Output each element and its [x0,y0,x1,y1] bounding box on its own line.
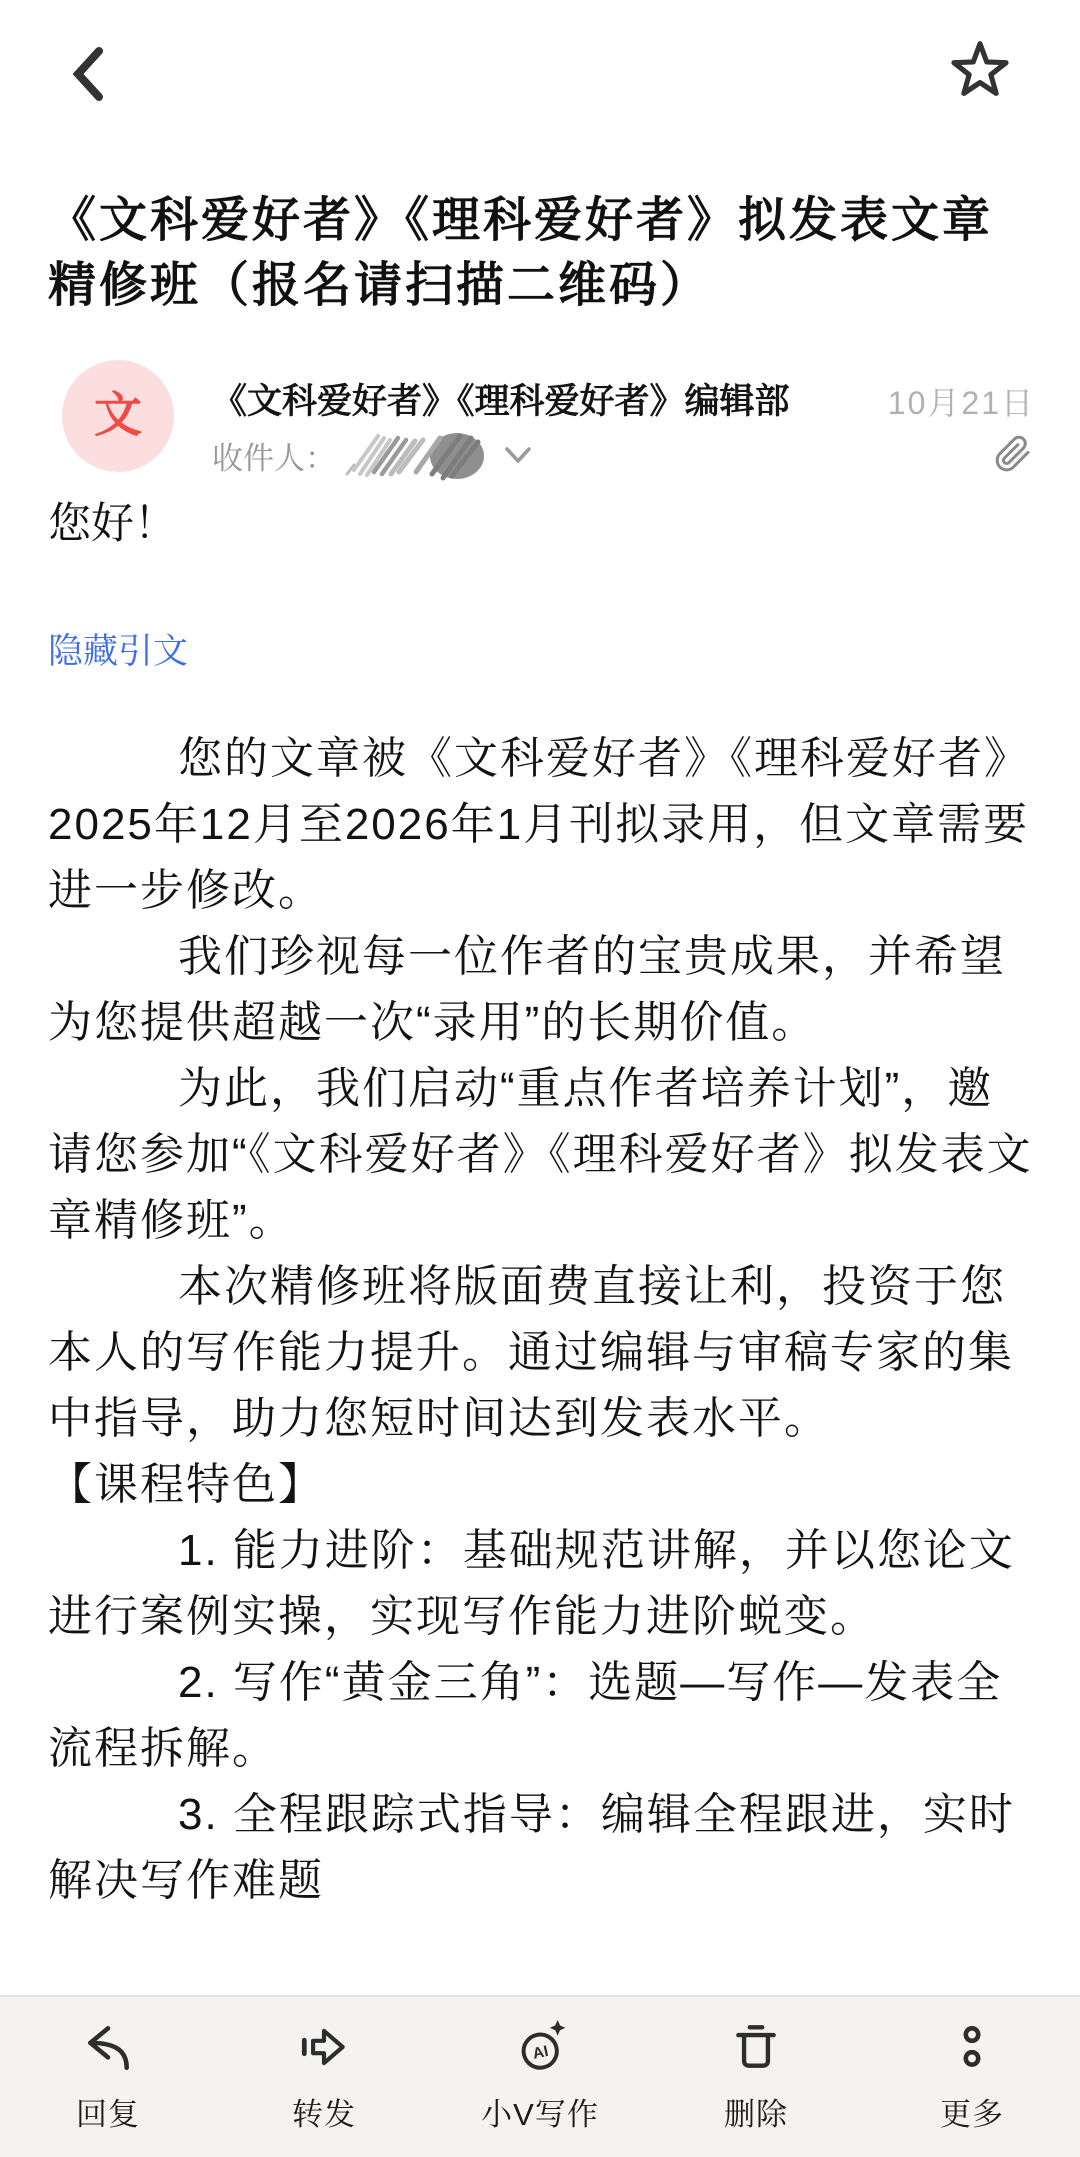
mail-date: 10月21日 [888,378,1035,424]
mail-read-screen: 《文科爱好者》《理科爱好者》拟发表文章精修班（报名请扫描二维码） 文 《文科爱好… [0,0,1080,2157]
body-paragraph: 本次精修班将版面费直接让利，投资于您本人的写作能力提升。通过编辑与审稿专家的集中… [48,1254,1036,1452]
back-button[interactable] [52,36,124,112]
subject-title: 《文科爱好者》《理科爱好者》拟发表文章精修班（报名请扫描二维码） [48,188,1036,318]
reply-button[interactable]: 回复 [0,1997,216,2157]
forward-icon [296,2019,352,2075]
body-paragraph: 【课程特色】 [48,1452,1036,1518]
favorite-button[interactable] [938,28,1022,112]
body-paragraph: 您的文章被《文科爱好者》《理科爱好者》2025年12月至2026年1月刊拟录用，… [48,726,1036,924]
ai-sparkle-icon: AI [512,2019,568,2075]
more-label: 更多 [940,2089,1004,2134]
trash-icon [728,2019,784,2075]
ai-write-label: 小V写作 [481,2089,599,2134]
ai-icon-letters: AI [531,2043,550,2063]
delete-label: 删除 [724,2089,788,2134]
body-paragraph: 为此，我们启动“重点作者培养计划”，邀请您参加“《文科爱好者》《理科爱好者》拟发… [48,1056,1036,1254]
sender-avatar[interactable]: 文 [62,360,174,472]
body-paragraph: 1. 能力进阶：基础规范讲解，并以您论文进行案例实操，实现写作能力进阶蜕变。 [48,1518,1036,1650]
recipient-row[interactable]: 收件人： [212,426,534,484]
greeting-text: 您好！ [48,490,177,551]
forward-label: 转发 [292,2089,356,2134]
chevron-left-icon [68,45,108,103]
paperclip-icon [994,434,1032,474]
sender-name[interactable]: 《文科爱好者》《理科爱好者》编辑部 [212,374,822,424]
chevron-down-icon[interactable] [502,442,534,468]
star-icon [948,38,1012,102]
bottom-toolbar: 回复 转发 AI 小V写作 [0,1995,1080,2157]
more-dots-icon [944,2019,1000,2075]
hide-quote-link[interactable]: 隐藏引文 [48,624,188,674]
more-button[interactable]: 更多 [864,1997,1080,2157]
forward-button[interactable]: 转发 [216,1997,432,2157]
mail-body: 您的文章被《文科爱好者》《理科爱好者》2025年12月至2026年1月刊拟录用，… [48,726,1036,1914]
reply-label: 回复 [76,2089,140,2134]
delete-button[interactable]: 删除 [648,1997,864,2157]
ai-write-button[interactable]: AI 小V写作 [432,1997,648,2157]
body-paragraph: 我们珍视每一位作者的宝贵成果，并希望为您提供超越一次“录用”的长期价值。 [48,924,1036,1056]
recipient-redacted-scribble [344,428,494,482]
reply-icon [80,2019,136,2075]
recipient-label: 收件人： [212,433,336,478]
body-paragraph: 3. 全程跟踪式指导：编辑全程跟进，实时解决写作难题 [48,1782,1036,1914]
avatar-letter: 文 [94,392,142,440]
body-paragraph: 2. 写作“黄金三角”：选题—写作—发表全流程拆解。 [48,1650,1036,1782]
